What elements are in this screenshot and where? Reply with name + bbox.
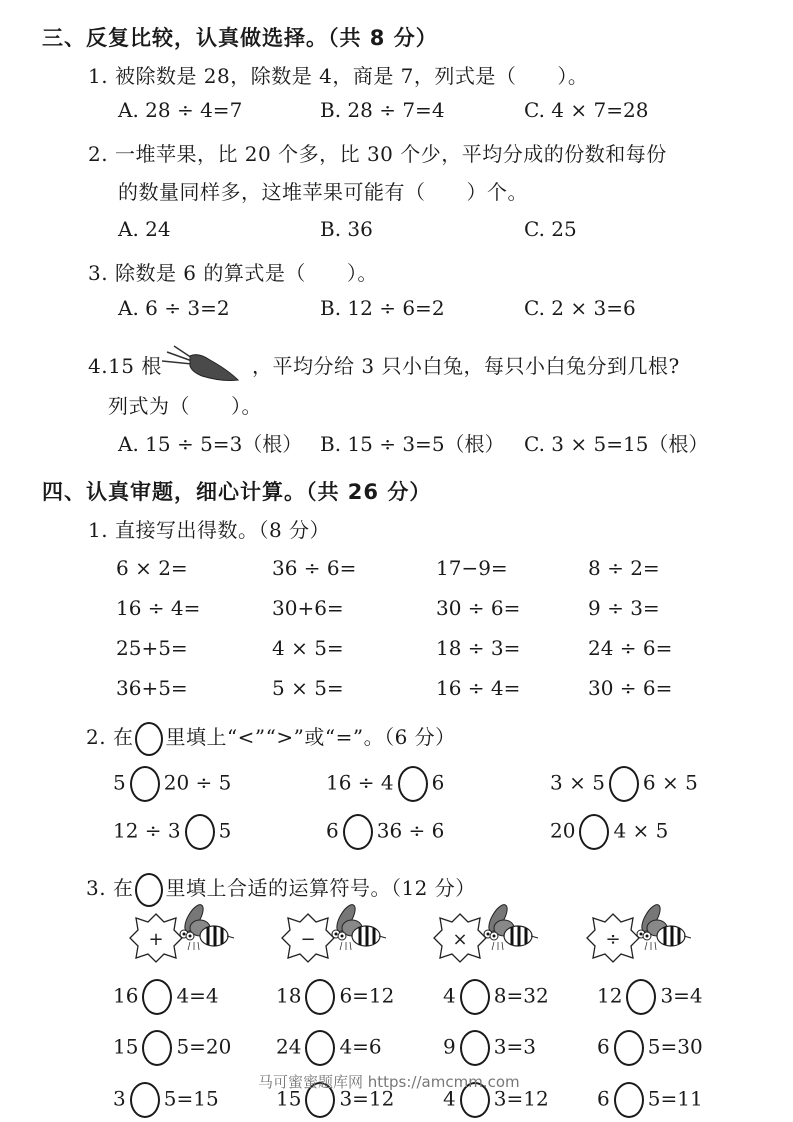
- expr-left: 5: [113, 771, 126, 795]
- expr-left: 16 ÷ 4: [326, 771, 394, 795]
- star-bee-icon: −: [280, 900, 390, 970]
- star-bee-icon: +: [128, 900, 238, 970]
- expr-right: 4=4: [176, 984, 218, 1008]
- answer-circle[interactable]: [142, 979, 172, 1015]
- section3-title: 三、反复比较，认真做选择。（共 8 分）: [42, 22, 438, 52]
- answer-circle[interactable]: [305, 1030, 335, 1066]
- q3-2-option-a: A. 24: [118, 217, 171, 241]
- calc-item: 18 ÷ 3=: [436, 636, 520, 660]
- q3-1-option-b: B. 28 ÷ 7=4: [320, 98, 445, 122]
- calc-item: 8 ÷ 2=: [588, 556, 660, 580]
- answer-circle[interactable]: [130, 1082, 160, 1118]
- answer-circle[interactable]: [609, 766, 639, 802]
- operator-item: 123=4: [597, 979, 703, 1015]
- calc-item: 30+6=: [272, 596, 344, 620]
- compare-item: 12 ÷ 35: [113, 814, 231, 850]
- expr-left: 3 × 5: [550, 771, 605, 795]
- operator-item: 65=30: [597, 1030, 703, 1066]
- compare-item: 3 × 56 × 5: [550, 766, 698, 802]
- q3-3-option-c: C. 2 × 3=6: [524, 296, 636, 320]
- q3-4-text-line2: 列式为（ ）。: [108, 390, 262, 419]
- q3-4-option-b: B. 15 ÷ 3=5（根）: [320, 428, 505, 457]
- answer-circle[interactable]: [460, 979, 490, 1015]
- answer-circle[interactable]: [343, 814, 373, 850]
- calc-item: 16 ÷ 4=: [436, 676, 520, 700]
- compare-item: 636 ÷ 6: [326, 814, 444, 850]
- operator-bee-0: +: [128, 900, 238, 970]
- expr-left: 24: [276, 1035, 301, 1059]
- watermark: 马可蜜蜜题库网 https://amcmm.com: [258, 1071, 520, 1092]
- blank-circle-icon: [135, 722, 163, 756]
- q3-1-text: 1. 被除数是 28，除数是 4，商是 7，列式是（ ）。: [88, 60, 588, 89]
- answer-circle[interactable]: [579, 814, 609, 850]
- operator-symbol: −: [300, 929, 315, 950]
- calc-item: 5 × 5=: [272, 676, 344, 700]
- q3-4-option-a: A. 15 ÷ 5=3（根）: [118, 428, 302, 457]
- expr-left: 6: [326, 819, 339, 843]
- calc-item: 36+5=: [116, 676, 188, 700]
- q3-4-text-pre: 4.15 根: [88, 350, 162, 379]
- calc-item: 4 × 5=: [272, 636, 344, 660]
- operator-item: 35=15: [113, 1082, 219, 1118]
- calc-item: 6 × 2=: [116, 556, 188, 580]
- calc-item: 17−9=: [436, 556, 508, 580]
- expr-left: 12: [597, 984, 622, 1008]
- expr-right: 5=11: [648, 1087, 703, 1111]
- operator-symbol: ×: [452, 929, 467, 950]
- expr-right: 4=6: [339, 1035, 381, 1059]
- calc-item: 30 ÷ 6=: [588, 676, 672, 700]
- expr-left: 4: [443, 984, 456, 1008]
- expr-left: 16: [113, 984, 138, 1008]
- q3-1-option-c: C. 4 × 7=28: [524, 98, 648, 122]
- operator-bee-3: ÷: [585, 900, 695, 970]
- expr-left: 3: [113, 1087, 126, 1111]
- answer-circle[interactable]: [130, 766, 160, 802]
- star-bee-icon: ÷: [585, 900, 695, 970]
- operator-item: 164=4: [113, 979, 219, 1015]
- calc-item: 36 ÷ 6=: [272, 556, 356, 580]
- answer-circle[interactable]: [142, 1030, 172, 1066]
- q3-3-text: 3. 除数是 6 的算式是（ ）。: [88, 257, 378, 286]
- expr-right: 20 ÷ 5: [164, 771, 232, 795]
- calc-item: 16 ÷ 4=: [116, 596, 200, 620]
- q3-2-text-line1: 2. 一堆苹果，比 20 个多，比 30 个少，平均分成的份数和每份: [88, 138, 667, 167]
- section4-title: 四、认真审题，细心计算。（共 26 分）: [42, 476, 431, 506]
- expr-right: 36 ÷ 6: [377, 819, 445, 843]
- compare-item: 520 ÷ 5: [113, 766, 231, 802]
- expr-right: 4 × 5: [613, 819, 668, 843]
- answer-circle[interactable]: [398, 766, 428, 802]
- operator-item: 244=6: [276, 1030, 382, 1066]
- expr-left: 12 ÷ 3: [113, 819, 181, 843]
- expr-right: 5=20: [176, 1035, 231, 1059]
- carrot-icon: [162, 344, 242, 384]
- expr-left: 20: [550, 819, 575, 843]
- expr-right: 3=4: [660, 984, 702, 1008]
- q3-1-option-a: A. 28 ÷ 4=7: [118, 98, 242, 122]
- operator-item: 48=32: [443, 979, 549, 1015]
- expr-left: 6: [597, 1035, 610, 1059]
- calc-item: 9 ÷ 3=: [588, 596, 660, 620]
- answer-circle[interactable]: [185, 814, 215, 850]
- operator-item: 186=12: [276, 979, 394, 1015]
- operator-symbol: +: [148, 929, 163, 950]
- expr-right: 5=30: [648, 1035, 703, 1059]
- q4-2-title-post: 里填上“<”“>”或“=”。（6 分）: [165, 725, 455, 749]
- compare-item: 204 × 5: [550, 814, 668, 850]
- expr-left: 15: [113, 1035, 138, 1059]
- q4-2-title-pre: 2. 在: [86, 725, 133, 749]
- expr-left: 18: [276, 984, 301, 1008]
- operator-bee-2: ×: [432, 900, 542, 970]
- expr-right: 5: [219, 819, 232, 843]
- q4-2-title: 2. 在里填上“<”“>”或“=”。（6 分）: [86, 721, 456, 756]
- compare-item: 16 ÷ 46: [326, 766, 444, 802]
- q4-1-title: 1. 直接写出得数。（8 分）: [88, 514, 330, 543]
- operator-bee-1: −: [280, 900, 390, 970]
- expr-right: 3=3: [494, 1035, 536, 1059]
- calc-item: 25+5=: [116, 636, 188, 660]
- star-bee-icon: ×: [432, 900, 542, 970]
- q4-3-title-pre: 3. 在: [86, 876, 133, 900]
- expr-right: 8=32: [494, 984, 549, 1008]
- calc-item: 24 ÷ 6=: [588, 636, 672, 660]
- answer-circle[interactable]: [305, 979, 335, 1015]
- operator-item: 65=11: [597, 1082, 703, 1118]
- answer-circle[interactable]: [626, 979, 656, 1015]
- q3-3-option-b: B. 12 ÷ 6=2: [320, 296, 445, 320]
- calc-item: 30 ÷ 6=: [436, 596, 520, 620]
- expr-right: 6: [432, 771, 445, 795]
- operator-item: 93=3: [443, 1030, 536, 1066]
- expr-right: 5=15: [164, 1087, 219, 1111]
- q4-3-title-post: 里填上合适的运算符号。（12 分）: [165, 876, 475, 900]
- expr-left: 9: [443, 1035, 456, 1059]
- answer-circle[interactable]: [614, 1030, 644, 1066]
- q3-4-option-c: C. 3 × 5=15（根）: [524, 428, 708, 457]
- expr-right: 6=12: [339, 984, 394, 1008]
- operator-symbol: ÷: [605, 929, 620, 950]
- answer-circle[interactable]: [460, 1030, 490, 1066]
- q3-2-option-b: B. 36: [320, 217, 373, 241]
- q3-2-option-c: C. 25: [524, 217, 577, 241]
- expr-right: 6 × 5: [643, 771, 698, 795]
- q3-4-text-post: ，平均分给 3 只小白兔，每只小白兔分到几根?: [252, 350, 680, 379]
- operator-item: 155=20: [113, 1030, 231, 1066]
- expr-left: 6: [597, 1087, 610, 1111]
- answer-circle[interactable]: [614, 1082, 644, 1118]
- q3-2-text-line2: 的数量同样多，这堆苹果可能有（ ）个。: [118, 176, 528, 205]
- q3-3-option-a: A. 6 ÷ 3=2: [118, 296, 230, 320]
